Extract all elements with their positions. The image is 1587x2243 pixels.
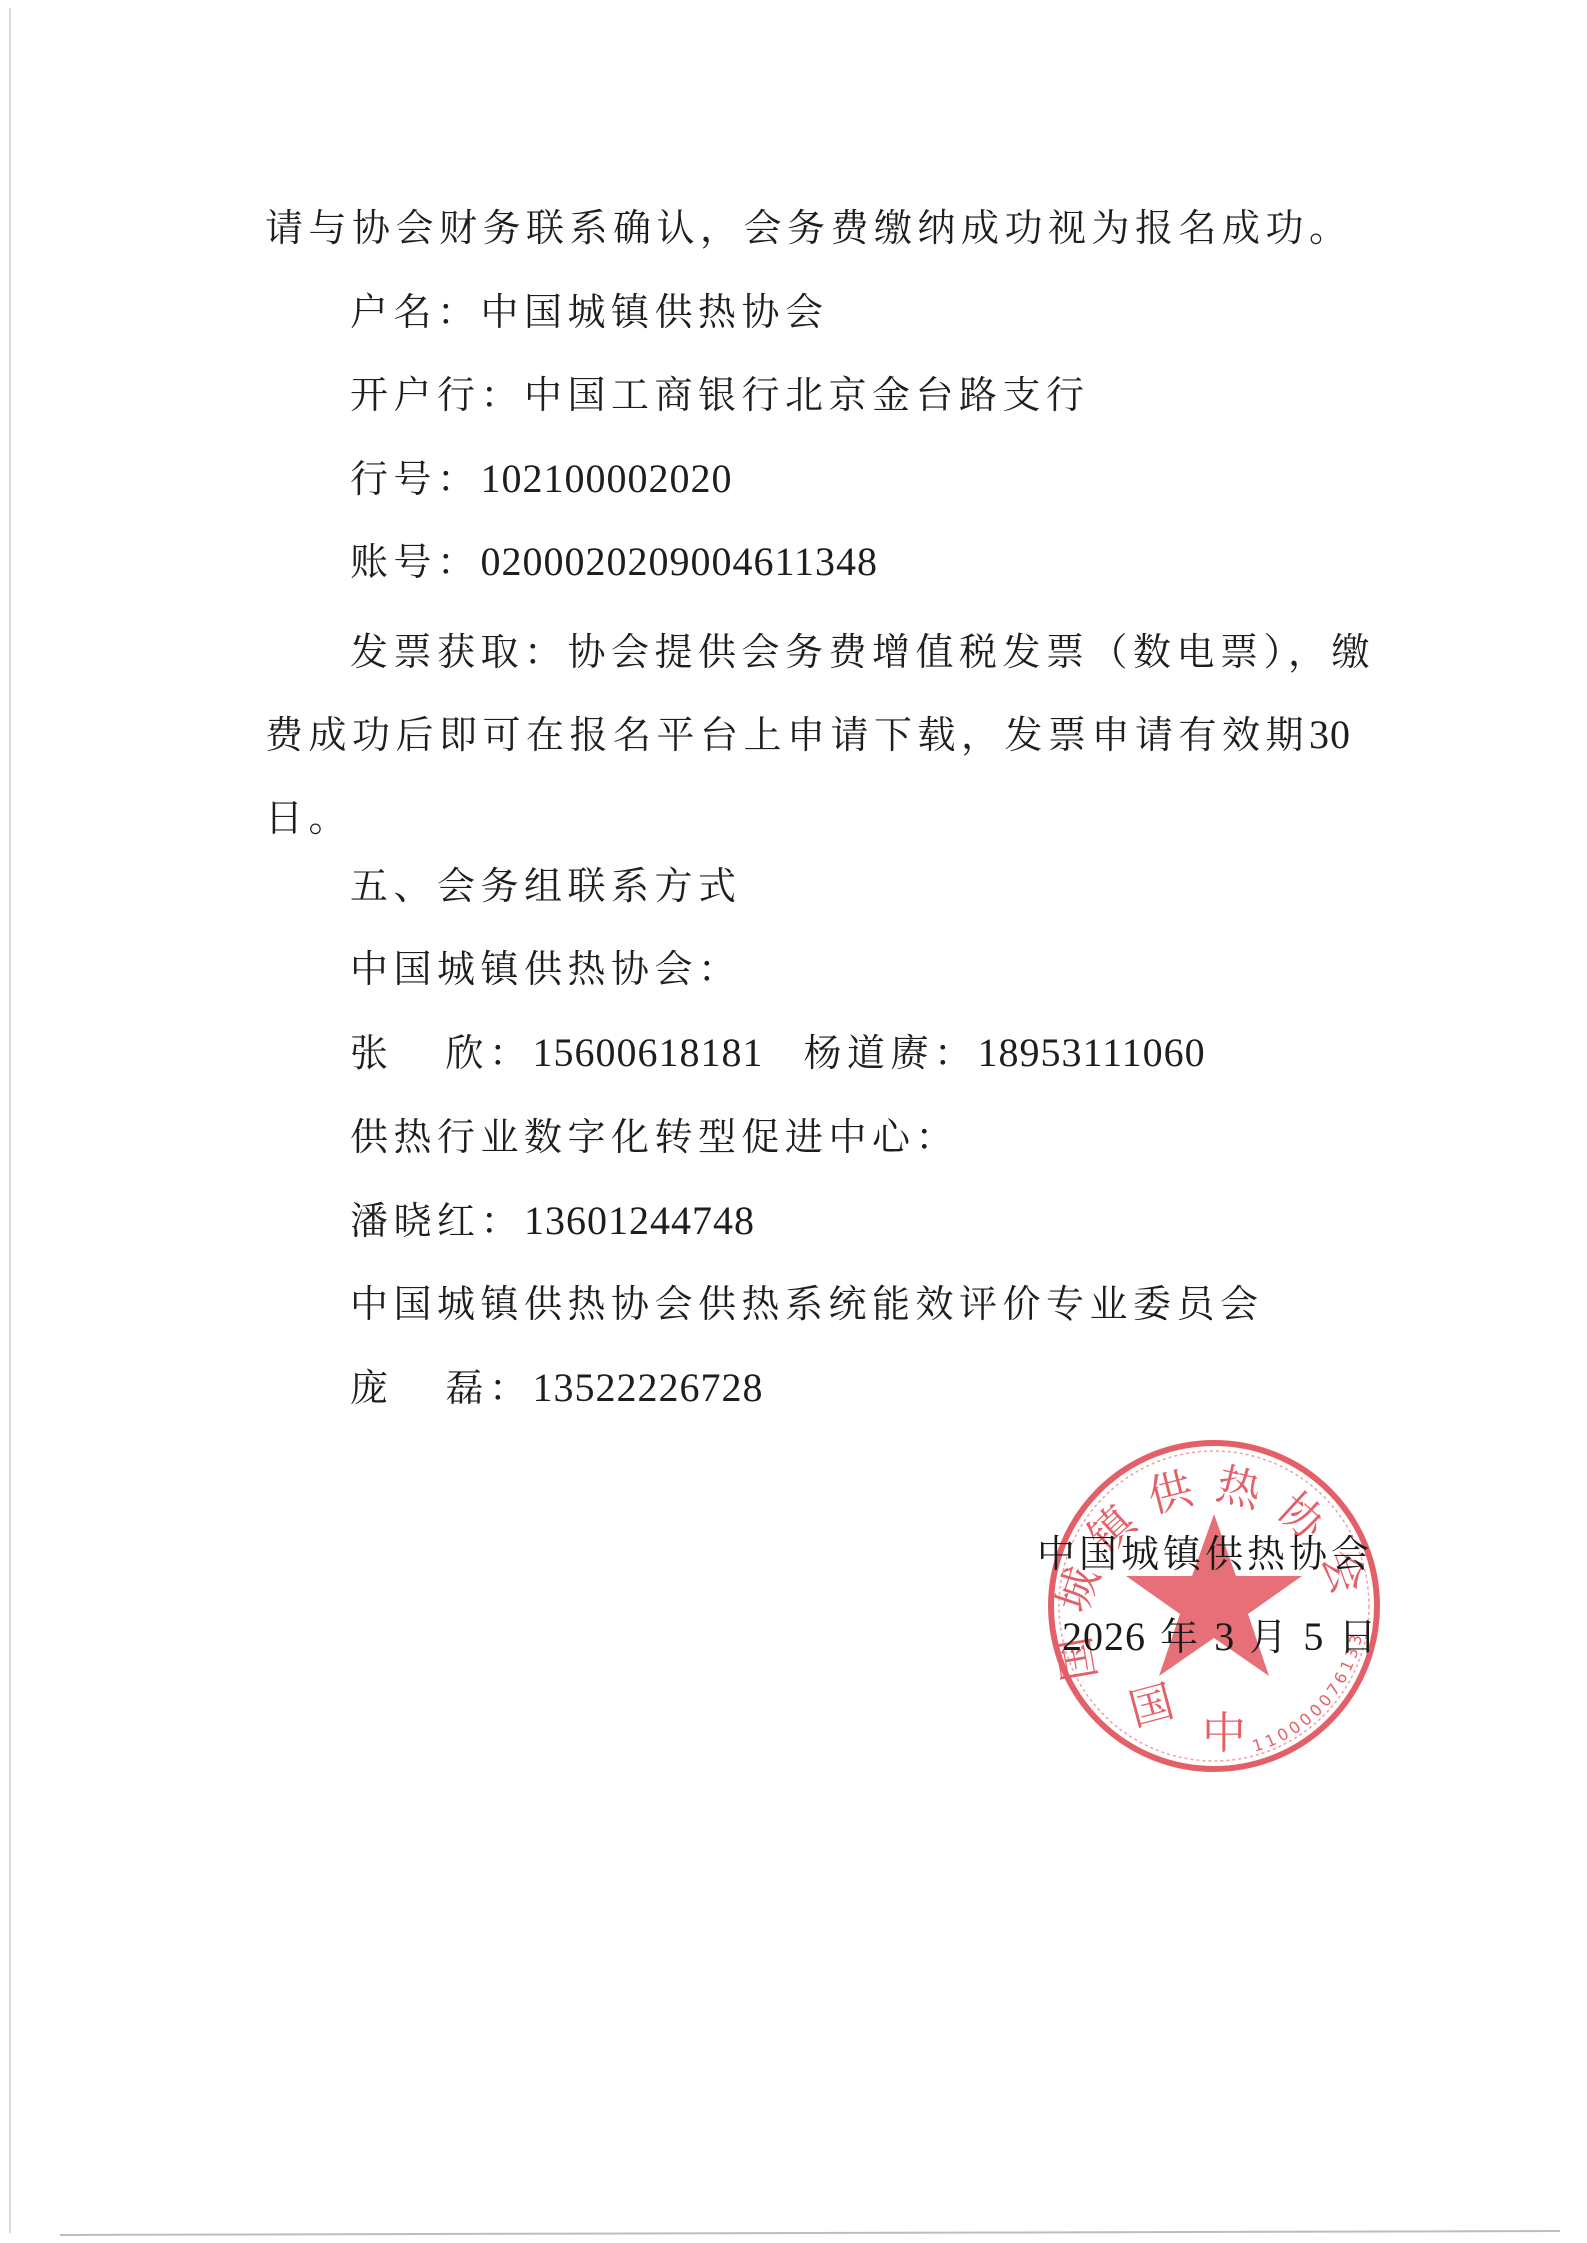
- signature-org-text: 中国城镇供热协会: [1037, 1532, 1373, 1576]
- account-name-line: 户名：中国城镇供热协会: [350, 290, 829, 334]
- account-no-line: 账号：0200020209004611348: [350, 540, 878, 584]
- account-name-label: 户名：: [350, 290, 481, 334]
- date-year-unit: 年: [1160, 1615, 1200, 1659]
- invoice-text-2: 费成功后即可在报名平台上申请下载，发票申请有效期: [265, 713, 1309, 757]
- date-day: 5: [1303, 1614, 1324, 1659]
- signature-org: 中国城镇供热协会: [1037, 1532, 1373, 1576]
- org3-name: 中国城镇供热协会供热系统能效评价专业委员会: [350, 1282, 1264, 1326]
- section-heading: 五、会务组联系方式: [350, 864, 742, 908]
- date-year: 2026: [1062, 1614, 1146, 1659]
- contact2-line: 潘晓红：13601244748: [350, 1199, 755, 1243]
- date-month-unit: 月: [1249, 1615, 1289, 1659]
- bank-code-value: 102100002020: [481, 456, 733, 501]
- signature-date: 2026 年 3 月 5 日: [1062, 1615, 1379, 1659]
- contact-phone: 13601244748: [524, 1198, 755, 1243]
- date-day-unit: 日: [1339, 1615, 1379, 1659]
- contact-phone: 13522226728: [533, 1365, 764, 1410]
- invoice-line-2: 费成功后即可在报名平台上申请下载，发票申请有效期30: [265, 713, 1351, 757]
- svg-text:国: 国: [1124, 1676, 1180, 1737]
- section-heading-text: 五、会务组联系方式: [350, 864, 742, 908]
- org2-line: 供热行业数字化转型促进中心：: [350, 1115, 959, 1159]
- page-edge-left: [9, 8, 11, 2233]
- bank-value: 中国工商银行北京金台路支行: [524, 373, 1090, 417]
- contact-phone: 18953111060: [978, 1030, 1206, 1075]
- svg-text:中: 中: [1202, 1708, 1246, 1759]
- bank-code-line: 行号：102100002020: [350, 457, 733, 501]
- bank-line: 开户行：中国工商银行北京金台路支行: [350, 373, 1090, 417]
- contacts1-line: 张欣：15600618181杨道赓：18953111060: [350, 1031, 1206, 1075]
- page-edge-bottom: [60, 2230, 1560, 2236]
- contact-name: 杨道赓：: [804, 1031, 978, 1075]
- org2-name: 供热行业数字化转型促进中心：: [350, 1115, 959, 1159]
- org1-name: 中国城镇供热协会：: [350, 947, 742, 991]
- contact-name: 潘晓红：: [350, 1199, 524, 1243]
- org3-line: 中国城镇供热协会供热系统能效评价专业委员会: [350, 1282, 1264, 1326]
- contact3-line: 庞磊：13522226728: [350, 1366, 764, 1410]
- bank-label: 开户行：: [350, 373, 524, 417]
- account-name-value: 中国城镇供热协会: [481, 290, 829, 334]
- account-no-label: 账号：: [350, 540, 481, 584]
- bank-code-label: 行号：: [350, 457, 481, 501]
- official-seal-icon: 国城镇供热协会 国 中 110000076133: [1044, 1436, 1384, 1776]
- invoice-text-3: 日。: [265, 796, 352, 840]
- invoice-line-3: 日。: [265, 796, 352, 840]
- paragraph-continuation: 请与协会财务联系确认，会务费缴纳成功视为报名成功。: [265, 206, 1353, 250]
- contact-name-first: 庞: [350, 1366, 394, 1410]
- account-no-value: 0200020209004611348: [481, 539, 879, 584]
- invoice-text-1: 发票获取：协会提供会务费增值税发票（数电票），缴: [350, 630, 1375, 674]
- invoice-line-1: 发票获取：协会提供会务费增值税发票（数电票），缴: [350, 630, 1375, 674]
- invoice-validity-days: 30: [1309, 712, 1351, 757]
- paragraph-text: 请与协会财务联系确认，会务费缴纳成功视为报名成功。: [265, 206, 1353, 250]
- contact-name-second: 磊：: [446, 1366, 533, 1410]
- contact-name-first: 张: [350, 1031, 394, 1075]
- contact-phone: 15600618181: [533, 1030, 764, 1075]
- contact-name-second: 欣：: [446, 1031, 533, 1075]
- org1-line: 中国城镇供热协会：: [350, 947, 742, 991]
- date-month: 3: [1214, 1614, 1235, 1659]
